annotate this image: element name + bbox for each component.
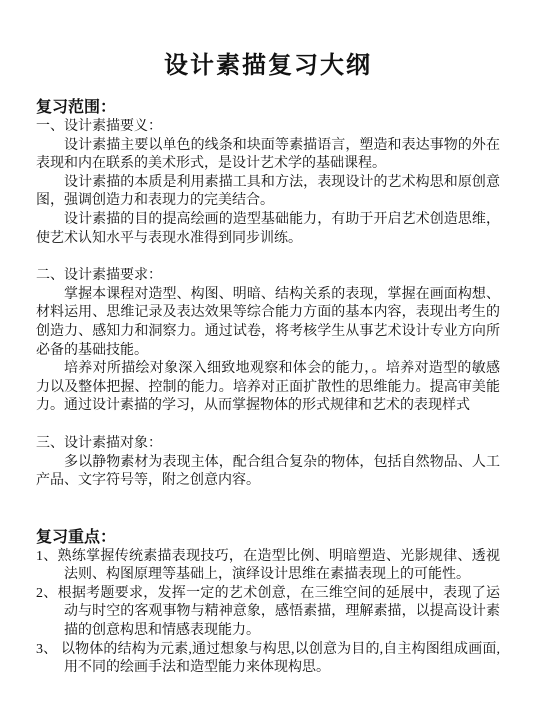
- item-number: 1、: [36, 549, 58, 564]
- subsection-label: 三、设计素描对象：: [36, 435, 500, 454]
- list-item: 1、熟练掌握传统素描表现技巧，在造型比例、明暗塑造、光影规律、透视法则、构图原理…: [36, 548, 500, 585]
- subsection-requirements: 二、设计素描要求： 掌握本课程对造型、构图、明暗、结构关系的表现，掌握在画面构想…: [36, 267, 500, 416]
- keypoints-section: 复习重点： 1、熟练掌握传统素描表现技巧，在造型比例、明暗塑造、光影规律、透视法…: [36, 528, 500, 678]
- keypoints-heading: 复习重点：: [36, 528, 500, 548]
- item-text: 以物体的结构为元素,通过想象与构思,以创意为目的,自主构图组成画面,用不同的绘画…: [57, 642, 500, 676]
- scope-section: 复习范围： 一、设计素描要义： 设计素描主要以单色的线条和块面等素描语言，塑造和…: [36, 98, 500, 491]
- list-item: 3、 以物体的结构为元素,通过想象与构思,以创意为目的,自主构图组成画面,用不同…: [36, 641, 500, 678]
- paragraph: 设计素描主要以单色的线条和块面等素描语言，塑造和表达事物的外在表现和内在联系的美…: [36, 137, 500, 174]
- scope-heading: 复习范围：: [36, 98, 500, 118]
- paragraph: 培养对所描绘对象深入细致地观察和体会的能力，。培养对造型的敏感力以及整体把握、控…: [36, 360, 500, 416]
- paragraph: 设计素描的本质是利用素描工具和方法，表现设计的艺术构思和原创意图，强调创造力和表…: [36, 174, 500, 211]
- document-title: 设计素描复习大纲: [36, 50, 500, 82]
- list-item: 2、根据考题要求，发挥一定的艺术创意，在三维空间的延展中，表现了运动与时空的客观…: [36, 585, 500, 641]
- subsection-essence: 一、设计素描要义： 设计素描主要以单色的线条和块面等素描语言，塑造和表达事物的外…: [36, 118, 500, 248]
- item-text: 根据考题要求，发挥一定的艺术创意，在三维空间的延展中，表现了运动与时空的客观事物…: [58, 586, 500, 638]
- paragraph: 掌握本课程对造型、构图、明暗、结构关系的表现，掌握在画面构想、材料运用、思维记录…: [36, 286, 500, 360]
- subsection-subjects: 三、设计素描对象： 多以静物素材为表现主体，配合组合复杂的物体，包括自然物品、人…: [36, 435, 500, 491]
- paragraph: 设计素描的目的提高绘画的造型基础能力，有助于开启艺术创造思维，使艺术认知水平与表…: [36, 211, 500, 248]
- subsection-label: 二、设计素描要求：: [36, 267, 500, 286]
- subsection-label: 一、设计素描要义：: [36, 118, 500, 137]
- item-number: 2、: [36, 586, 58, 601]
- paragraph: 多以静物素材为表现主体，配合组合复杂的物体，包括自然物品、人工产品、文字符号等，…: [36, 454, 500, 491]
- item-text: 熟练掌握传统素描表现技巧，在造型比例、明暗塑造、光影规律、透视法则、构图原理等基…: [58, 549, 500, 583]
- item-number: 3、: [36, 642, 57, 657]
- document-page: 设计素描复习大纲 复习范围： 一、设计素描要义： 设计素描主要以单色的线条和块面…: [0, 0, 536, 709]
